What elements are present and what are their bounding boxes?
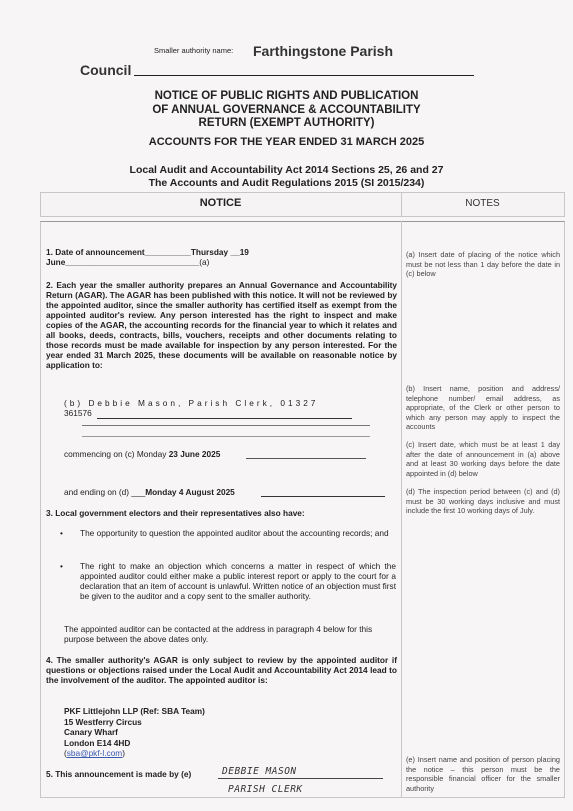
notes-column-header: NOTES (402, 192, 563, 215)
note-c: (c) Insert date, which must be at least … (406, 440, 560, 478)
authority-name-line1: Farthingstone Parish (253, 43, 393, 59)
authority-name-underline (134, 75, 474, 76)
commencing-label: commencing on (c) Monday (64, 449, 169, 459)
bullet-icon: • (60, 528, 63, 538)
list-item-text: The opportunity to question the appointe… (80, 528, 396, 538)
list-item: • The opportunity to question the appoin… (66, 528, 396, 538)
bullet-icon: • (60, 561, 63, 571)
ending-underline (261, 496, 385, 497)
blank-line: _____________________________ (65, 257, 199, 267)
announcement-date-value: Thursday __19 (191, 247, 249, 257)
handwritten-signature-role: PARISH CLERK (228, 784, 303, 795)
legislation-line: Local Audit and Accountability Act 2014 … (0, 164, 573, 177)
contact-details-line1: (b) Debbie Mason, Parish Clerk, 01327 (64, 398, 384, 408)
date-label: 1. Date of announcement (46, 247, 145, 257)
note-a: (a) Insert date of placing of the notice… (406, 250, 560, 279)
title-line: OF ANNUAL GOVERNANCE & ACCOUNTABILITY (0, 104, 573, 118)
list-item-text: The right to make an objection which con… (80, 561, 396, 601)
notice-column-header: NOTICE (40, 192, 401, 215)
paragraph-3-heading: 3. Local government electors and their r… (46, 508, 305, 518)
title-line: NOTICE OF PUBLIC RIGHTS AND PUBLICATION (0, 90, 573, 104)
address-line: Canary Wharf (64, 727, 205, 738)
signature-underline (218, 778, 383, 779)
paragraph-5-announcement-by: 5. This announcement is made by (e) (46, 769, 191, 779)
ending-date-value: Monday 4 August 2025 (145, 487, 235, 497)
commencing-underline (246, 458, 366, 459)
handwritten-signature-name: DEBBIE MASON (222, 766, 297, 777)
address-line: London E14 4HD (64, 738, 205, 749)
auditor-email-link[interactable]: sba@pkf-l.com (67, 748, 122, 758)
title-line: RETURN (EXEMPT AUTHORITY) (0, 117, 573, 131)
document-title: NOTICE OF PUBLIC RIGHTS AND PUBLICATION … (0, 90, 573, 131)
address-line: 15 Westferry Circus (64, 717, 205, 728)
contact-underline (82, 436, 370, 437)
paragraph-2-inspection-rights: 2. Each year the smaller authority prepa… (46, 280, 397, 370)
commencing-date-value: 23 June 2025 (169, 449, 221, 459)
authority-name-line2: Council (80, 62, 131, 78)
note-b: (b) Insert name, position and address/ t… (406, 384, 560, 432)
note-d: (d) The inspection period between (c) an… (406, 487, 560, 516)
address-line: PKF Littlejohn LLP (Ref: SBA Team) (64, 706, 205, 717)
paragraph-4-auditor: 4. The smaller authority's AGAR is only … (46, 655, 397, 685)
commencing-date-row: commencing on (c) Monday 23 June 2025 (64, 449, 220, 459)
authority-name-label: Smaller authority name: (154, 46, 233, 55)
contact-underline (82, 425, 370, 426)
note-ref-a: (a) (199, 257, 209, 267)
contact-underline (97, 418, 352, 419)
list-item: • The right to make an objection which c… (66, 561, 396, 601)
auditor-address: PKF Littlejohn LLP (Ref: SBA Team) 15 We… (64, 706, 205, 759)
paragraph-3-footer: The appointed auditor can be contacted a… (64, 624, 398, 644)
ending-date-row: and ending on (d) ___Monday 4 August 202… (64, 487, 235, 497)
blank-line: __________ (145, 247, 191, 257)
legislation-heading: Local Audit and Accountability Act 2014 … (0, 164, 573, 190)
year-heading: ACCOUNTS FOR THE YEAR ENDED 31 MARCH 202… (0, 136, 573, 150)
note-e: (e) Insert name and position of person p… (406, 755, 560, 793)
column-divider (401, 221, 402, 797)
announcement-date-month: June (46, 257, 65, 267)
contact-details-line2: 361576 (64, 408, 92, 418)
ending-label: and ending on (d) ___ (64, 487, 145, 497)
legislation-line: The Accounts and Audit Regulations 2015 … (0, 177, 573, 190)
paragraph-1-date-of-announcement: 1. Date of announcement__________Thursda… (46, 247, 396, 267)
